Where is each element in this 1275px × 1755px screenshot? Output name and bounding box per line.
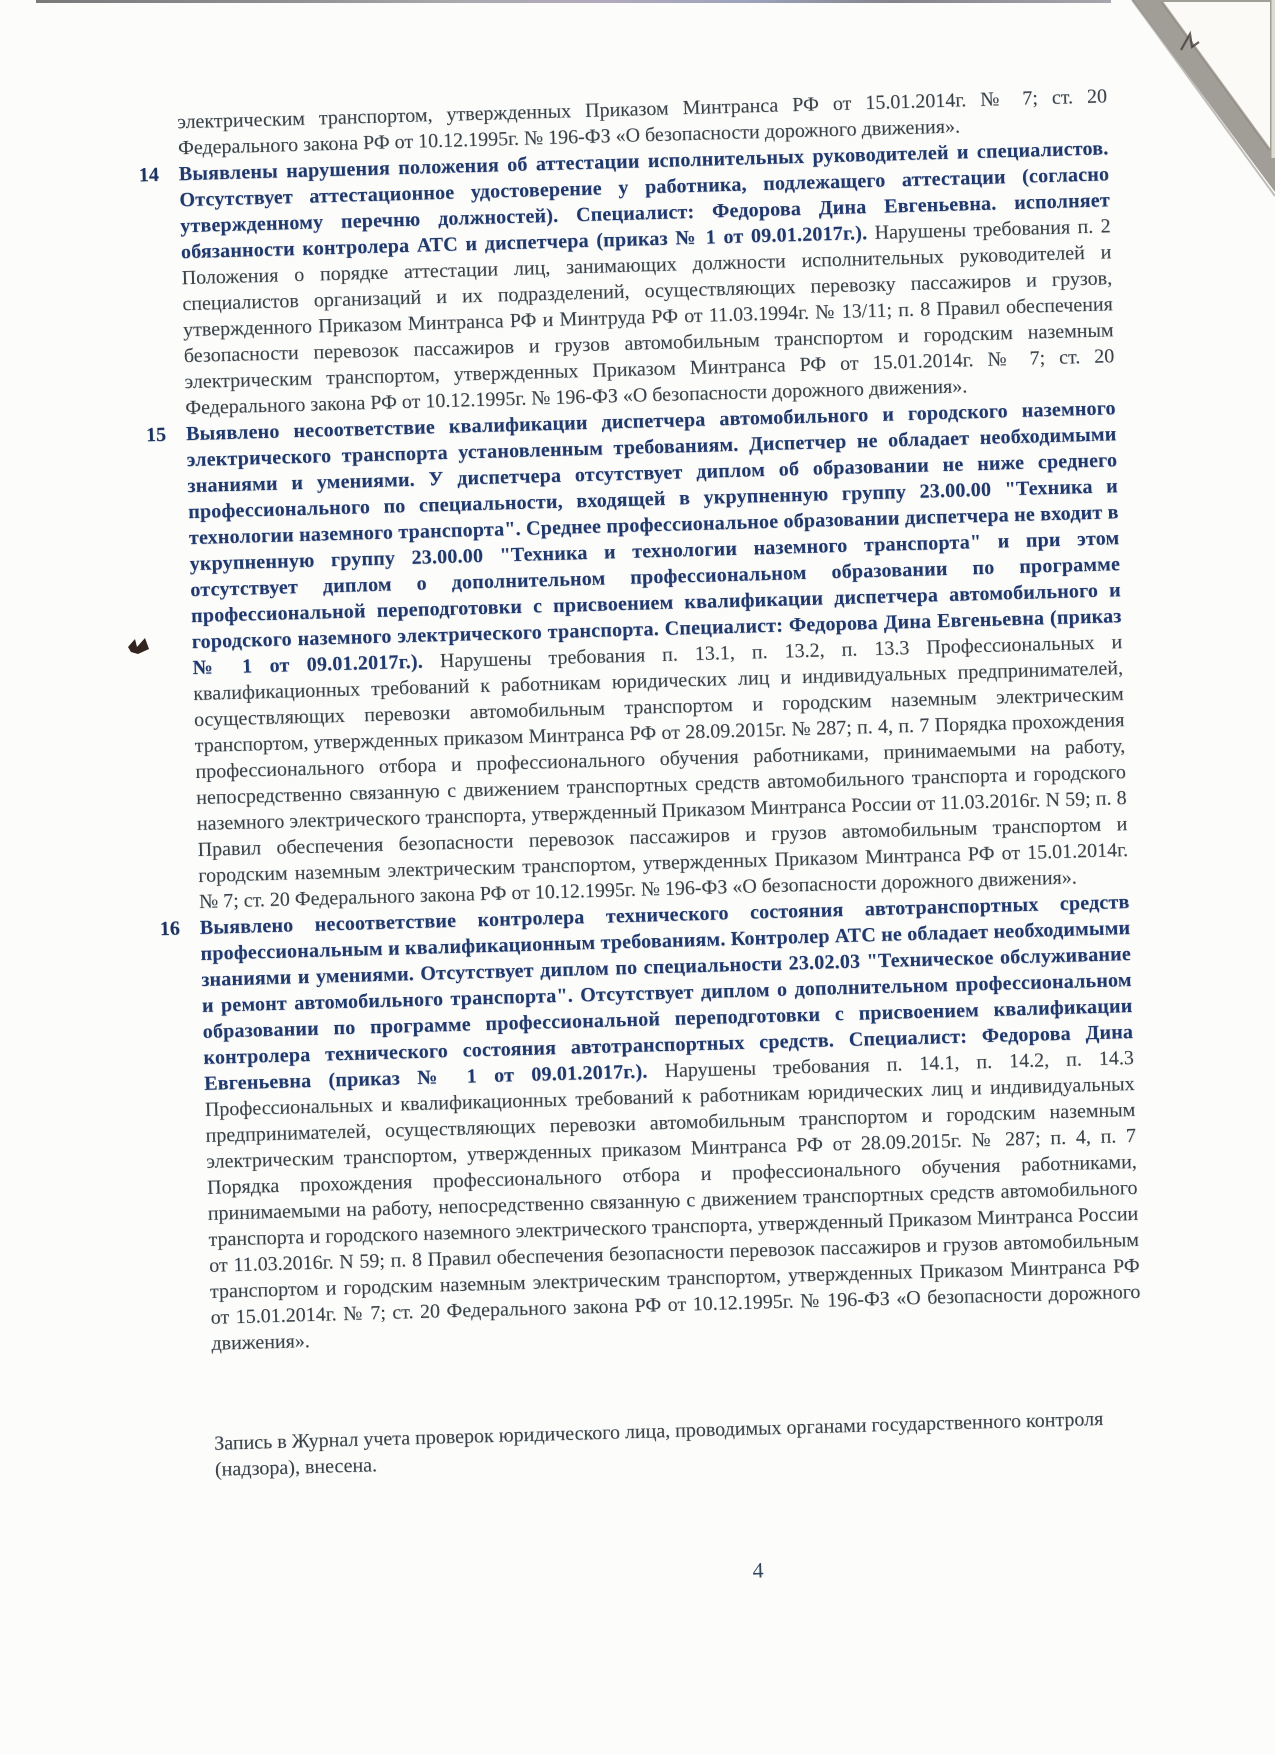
scanned-document-page: электрическим транспортом, утвержденных …: [0, 0, 1275, 1755]
violation-item-15: 15 Выявлено несоответствие квалификации …: [186, 395, 1129, 915]
margin-check-mark: [126, 634, 160, 660]
item-paragraph: Выявлено несоответствие контролера техни…: [199, 889, 1141, 1357]
violation-item-16: 16 Выявлено несоответствие контролера те…: [199, 889, 1141, 1357]
page-number: 4: [218, 1547, 1148, 1599]
closing-note: Запись в Журнал учета проверок юридическ…: [214, 1405, 1155, 1483]
document-content: электрическим транспортом, утвержденных …: [177, 83, 1148, 1598]
page-edge-sliver: [1272, 0, 1275, 158]
fold-crease-line: [1162, 2, 1270, 150]
item-paragraph: Выявлено несоответствие квалификации дис…: [186, 395, 1129, 915]
margin-check-mark-shape: [128, 638, 149, 654]
scan-edge-artifact: [36, 0, 1111, 3]
item-number: 15: [146, 421, 183, 448]
fold-flap: [1162, 2, 1270, 150]
item-body-text: Нарушены требования п. 14.1, п. 14.2, п.…: [205, 1047, 1141, 1355]
handwritten-mark: [1181, 34, 1199, 50]
item-paragraph: Выявлены нарушения положения об аттестац…: [178, 135, 1115, 421]
scanner-background-triangle: [1132, 0, 1275, 192]
violation-item-14: 14 Выявлены нарушения положения об аттес…: [178, 135, 1115, 421]
item-number: 14: [138, 161, 175, 188]
page-edge-diagonal: [1132, 0, 1275, 196]
item-number: 16: [159, 915, 196, 942]
